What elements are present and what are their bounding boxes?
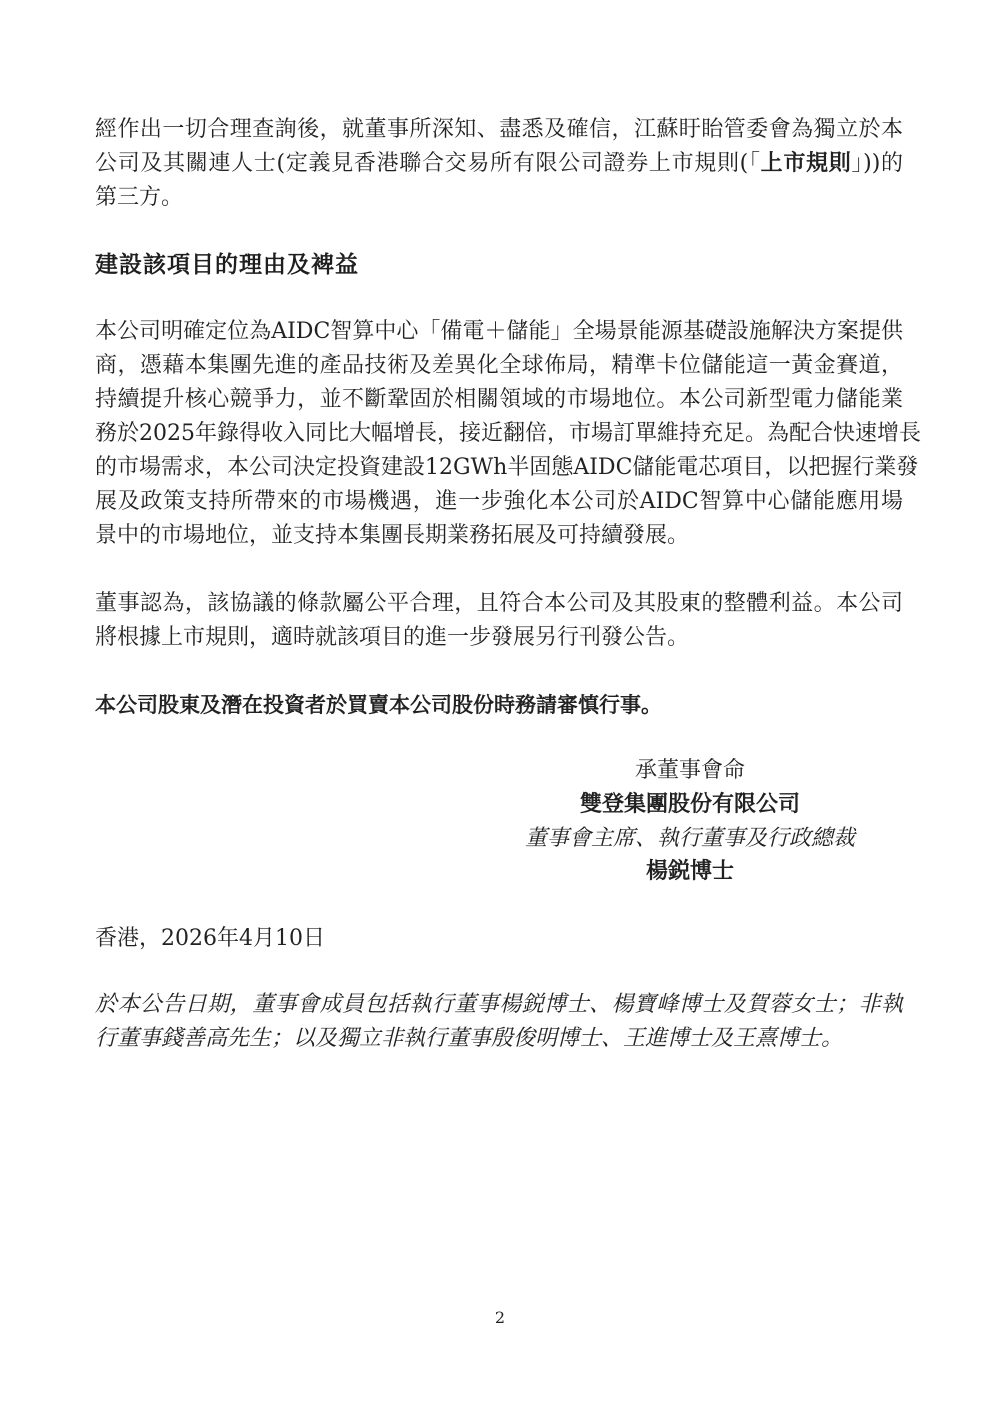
signatory-title: 董事會主席、執行董事及行政總裁 [490, 822, 890, 856]
text-line: 公司及其關連人士(定義見香港聯合交易所有限公司證券上市規則(「上市規則」))的 [95, 147, 903, 181]
text-line: 景中的市場地位，並支持本集團長期業務拓展及可持續發展。 [95, 519, 903, 553]
text-line: 的市場需求，本公司決定投資建設12GWh半固態AIDC儲能電芯項目，以把握行業發 [95, 451, 903, 485]
place-and-date: 香港，2026年4月10日 [95, 922, 903, 956]
text-line: 董事認為，該協議的條款屬公平合理，且符合本公司及其股東的整體利益。本公司 [95, 587, 903, 621]
signatory-name: 楊鋭博士 [490, 855, 890, 889]
text-line: 行董事錢善高先生；以及獨立非執行董事殷俊明博士、王進博士及王熹博士。 [95, 1022, 903, 1056]
caution-statement: 本公司股東及潛在投資者於買賣本公司股份時務請審慎行事。 [95, 688, 903, 722]
document-page: 經作出一切合理查詢後，就董事所深知、盡悉及確信，江蘇盱眙管委會為獨立於本 公司及… [0, 0, 1000, 1414]
text-line: 將根據上市規則，適時就該項目的進一步發展另行刊發公告。 [95, 621, 903, 655]
text-line: 務於2025年錄得收入同比大幅增長，接近翻倍，市場訂單維持充足。為配合快速增長 [95, 417, 903, 451]
text-line: 本公司明確定位為AIDC智算中心「備電＋儲能」全場景能源基礎設施解決方案提供 [95, 315, 903, 349]
text-segment: 公司及其關連人士(定義見香港聯合交易所有限公司證券上市規則(「 [95, 151, 761, 176]
text-line: 持續提升核心競爭力，並不斷鞏固於相關領域的市場地位。本公司新型電力儲能業 [95, 383, 903, 417]
by-order-of-board: 承董事會命 [490, 754, 890, 788]
text-segment: 」))的 [851, 151, 903, 176]
text-line: 商，憑藉本集團先進的產品技術及差異化全球佈局，精準卡位儲能這一黃金賽道， [95, 349, 903, 383]
text-line: 展及政策支持所帶來的市場機遇，進一步強化本公司於AIDC智算中心儲能應用場 [95, 485, 903, 519]
text-line: 經作出一切合理查詢後，就董事所深知、盡悉及確信，江蘇盱眙管委會為獨立於本 [95, 113, 903, 147]
defined-term: 上市規則 [761, 151, 852, 176]
section-heading: 建設該項目的理由及裨益 [95, 248, 359, 282]
page-number: 2 [0, 1306, 1000, 1330]
company-name: 雙登集團股份有限公司 [490, 788, 890, 822]
text-line: 第三方。 [95, 181, 903, 215]
text-line: 於本公告日期，董事會成員包括執行董事楊鋭博士、楊寶峰博士及賀蓉女士；非執 [95, 988, 903, 1022]
